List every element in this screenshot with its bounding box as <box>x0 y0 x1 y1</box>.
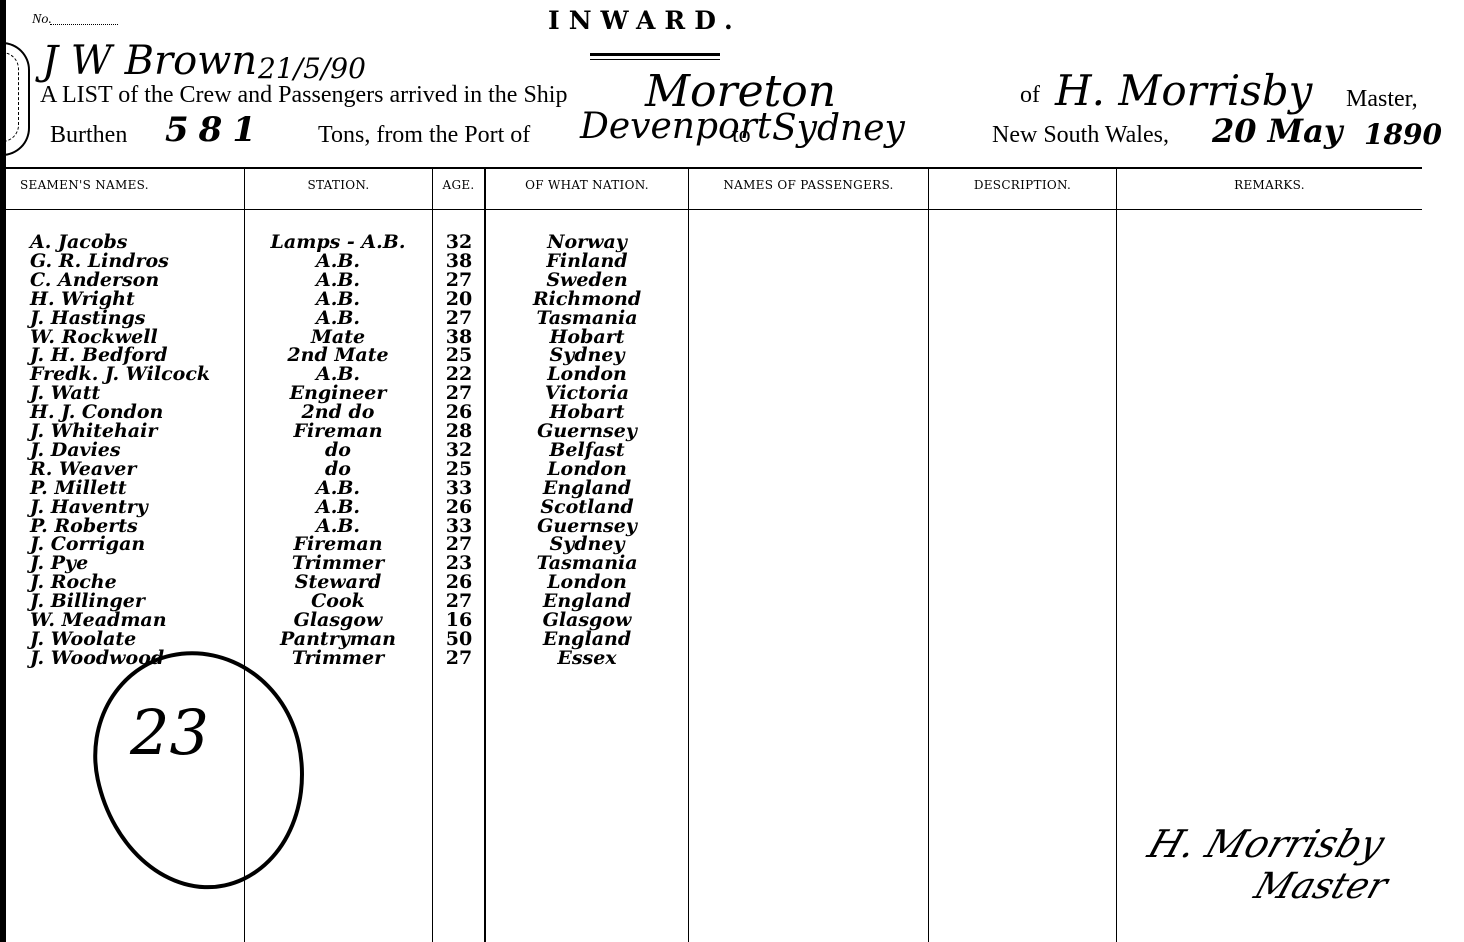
number-label: No. <box>32 12 52 28</box>
count-circle <box>73 631 326 909</box>
arrival-year: 1890 <box>1364 118 1442 151</box>
column-divider <box>484 168 486 942</box>
column-divider <box>688 168 689 942</box>
master-label: Master, <box>1346 86 1418 113</box>
table-row-nation: Essex <box>492 649 682 668</box>
title-rule-thin <box>590 59 720 60</box>
seal-stamp-inner <box>2 52 19 142</box>
header-passengers: NAMES OF PASSENGERS. <box>689 178 928 192</box>
master-signature: H. Morrisby <box>1143 822 1390 866</box>
header-station: STATION. <box>245 178 432 192</box>
crew-count: 23 <box>130 696 209 769</box>
port-to: Sydney <box>772 108 905 149</box>
header-nation: OF WHAT NATION. <box>486 178 688 192</box>
burthen-label: Burthen <box>50 122 127 149</box>
table-row-age: 27 <box>436 649 482 668</box>
master-signature-title: Master <box>1249 866 1392 907</box>
master-name: H. Morrisby <box>1055 66 1312 115</box>
state-text: New South Wales, <box>992 122 1169 149</box>
burthen-tons: 581 <box>165 110 266 150</box>
to-text: to <box>732 122 751 149</box>
header-seamen-names: SEAMEN'S NAMES. <box>10 178 150 192</box>
column-divider <box>928 168 929 942</box>
table-top-rule <box>6 167 1422 169</box>
clerk-annotation: J W Brown <box>42 38 257 84</box>
header-remarks: REMARKS. <box>1117 178 1422 192</box>
intro-text: A LIST of the Crew and Passengers arrive… <box>40 82 567 109</box>
table-row-station: Trimmer <box>248 649 428 668</box>
column-divider <box>1116 168 1117 942</box>
arrival-date: 20 May <box>1212 112 1342 150</box>
title-rule <box>590 53 720 56</box>
column-divider <box>432 168 433 942</box>
header-description: DESCRIPTION. <box>929 178 1116 192</box>
table-header-rule <box>6 209 1422 210</box>
of-text: of <box>1020 82 1040 109</box>
number-field <box>50 24 118 25</box>
page-title: INWARD. <box>548 6 742 35</box>
clerk-annotation-date: 21/5/90 <box>258 52 366 85</box>
tons-text: Tons, from the Port of <box>318 122 530 149</box>
header-age: AGE. <box>433 178 484 192</box>
